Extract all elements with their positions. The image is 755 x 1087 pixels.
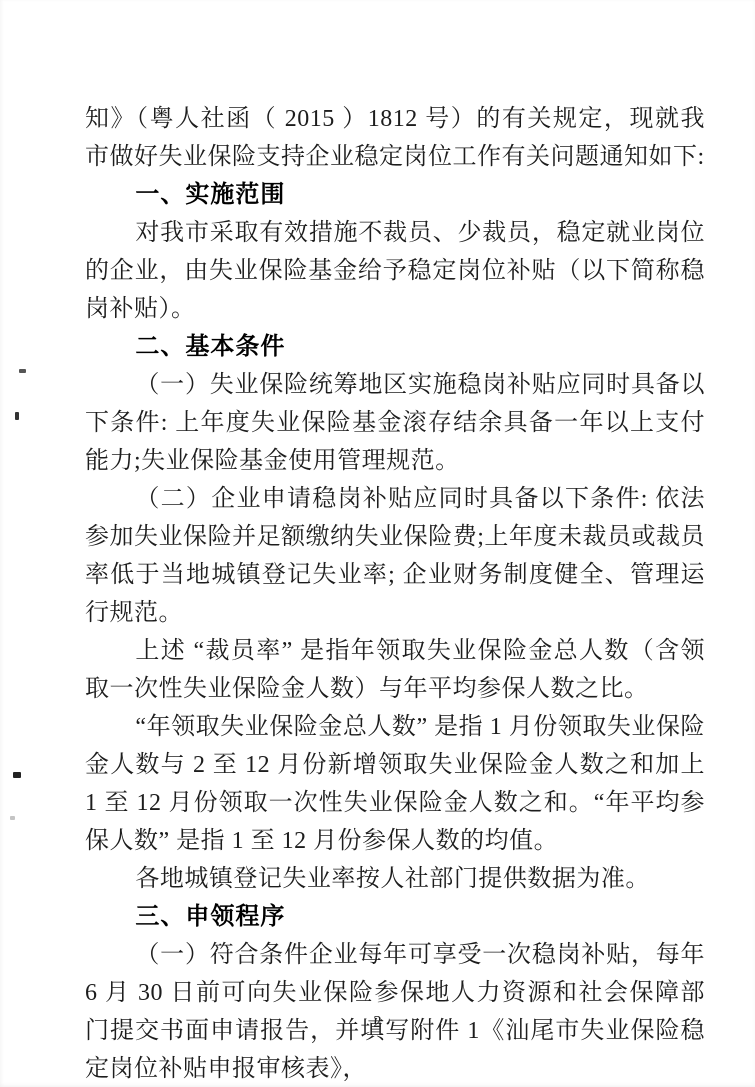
section-heading-3: 三、申领程序 [85, 898, 705, 936]
scan-speck [10, 816, 15, 820]
section-heading-2: 二、基本条件 [85, 328, 705, 366]
body-paragraph: 上述 “裁员率” 是指年领取失业保险金总人数（含领取一次性失业保险金人数）与年平… [85, 632, 705, 708]
page-number: 2 [0, 1012, 755, 1032]
page-content: 知》（粤人社函（ 2015 ）1812 号）的有关规定，现就我市做好失业保险支持… [85, 100, 705, 1087]
paragraph-continuation: 知》（粤人社函（ 2015 ）1812 号）的有关规定，现就我市做好失业保险支持… [85, 100, 705, 176]
document-page: 知》（粤人社函（ 2015 ）1812 号）的有关规定，现就我市做好失业保险支持… [0, 0, 755, 1087]
scan-speck [13, 772, 21, 778]
scan-speck [19, 369, 26, 373]
section-heading-1: 一、实施范围 [85, 176, 705, 214]
body-paragraph: （一）失业保险统筹地区实施稳岗补贴应同时具备以下条件: 上年度失业保险基金滚存结… [85, 366, 705, 480]
body-paragraph: 各地城镇登记失业率按人社部门提供数据为准。 [85, 860, 705, 898]
body-paragraph: 对我市采取有效措施不裁员、少裁员，稳定就业岗位的企业，由失业保险基金给予稳定岗位… [85, 214, 705, 328]
body-paragraph: （二）企业申请稳岗补贴应同时具备以下条件: 依法参加失业保险并足额缴纳失业保险费… [85, 480, 705, 632]
body-paragraph: “年领取失业保险金总人数” 是指 1 月份领取失业保险金人数与 2 至 12 月… [85, 708, 705, 860]
scan-speck [15, 412, 19, 420]
